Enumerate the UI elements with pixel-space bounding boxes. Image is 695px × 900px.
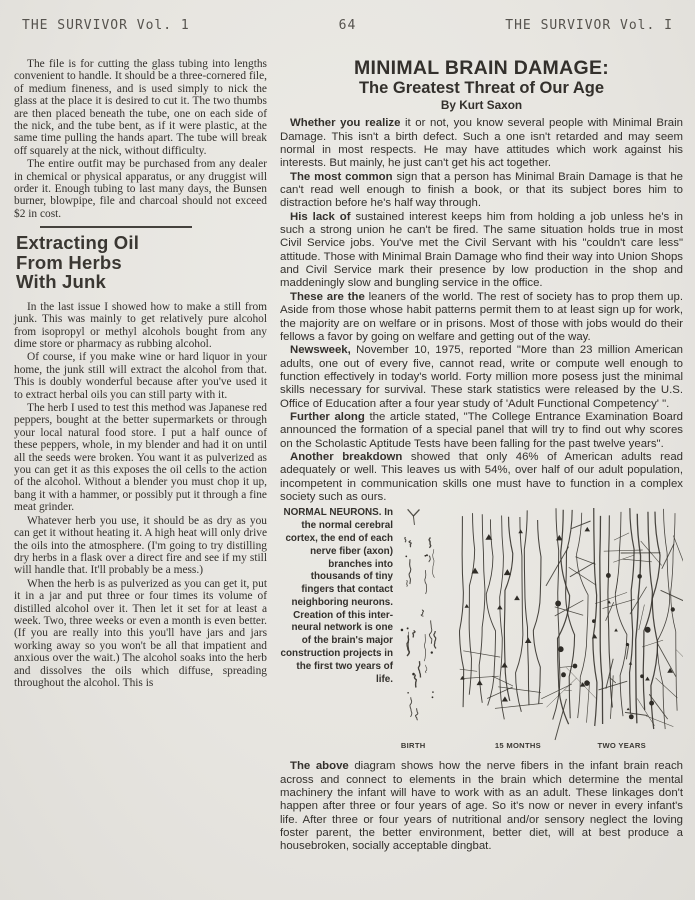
figure-stage-labels: BIRTH15 MONTHSTWO YEARS xyxy=(398,742,683,752)
stage-label: TWO YEARS xyxy=(598,739,647,752)
paragraph-lead: Newsweek, xyxy=(290,344,351,356)
two-column-layout: The file is for cutting the glass tubing… xyxy=(14,58,683,854)
header-right-title: THE SURVIVOR Vol. I xyxy=(505,18,673,33)
section-divider xyxy=(40,226,192,228)
magazine-page: THE SURVIVOR Vol. 1 64 THE SURVIVOR Vol.… xyxy=(0,0,695,900)
paragraph: The entire outfit may be purchased from … xyxy=(14,158,267,220)
page-header: THE SURVIVOR Vol. 1 64 THE SURVIVOR Vol.… xyxy=(14,14,683,33)
paragraph-lead: His lack of xyxy=(290,211,351,223)
right-column: MINIMAL BRAIN DAMAGE: The Greatest Threa… xyxy=(280,58,683,854)
paragraph: These are the leaners of the world. The … xyxy=(280,291,683,344)
paragraph: Further along the article stated, "The C… xyxy=(280,411,683,451)
paragraph: The herb I used to test this method was … xyxy=(14,402,267,514)
paragraph: The file is for cutting the glass tubing… xyxy=(14,58,267,157)
paragraph: When the herb is as pulverized as you ca… xyxy=(14,578,267,690)
page-number: 64 xyxy=(339,18,357,33)
section-title-extracting-oil: Extracting OilFrom HerbsWith Junk xyxy=(16,233,267,292)
paragraph-lead: These are the xyxy=(290,291,365,303)
article-body: Whether you realize it or not, you know … xyxy=(280,117,683,504)
stage-label: BIRTH xyxy=(401,739,426,752)
paragraph-lead: Further along xyxy=(290,411,365,423)
left-column: The file is for cutting the glass tubing… xyxy=(14,58,267,854)
extracting-oil-article: In the last issue I showed how to make a… xyxy=(14,301,267,690)
stage-label: 15 MONTHS xyxy=(495,739,541,752)
byline: By Kurt Saxon xyxy=(280,99,683,112)
glass-tubing-article: The file is for cutting the glass tubing… xyxy=(14,58,267,220)
neuron-figure: NORMAL NEURONS. In the normal cerebral c… xyxy=(280,506,683,756)
figure-side-caption: NORMAL NEURONS. In the normal cerebral c… xyxy=(280,506,398,756)
paragraph-lead: Whether you realize xyxy=(290,117,400,129)
article-title: MINIMAL BRAIN DAMAGE: xyxy=(280,58,683,79)
paragraph: The most common sign that a person has M… xyxy=(280,171,683,211)
paragraph: His lack of sustained interest keeps him… xyxy=(280,211,683,291)
paragraph: The above diagram shows how the nerve fi… xyxy=(280,760,683,853)
article-subtitle: The Greatest Threat of Our Age xyxy=(280,79,683,97)
paragraph: Whatever herb you use, it should be as d… xyxy=(14,515,267,577)
paragraph-lead: The above xyxy=(290,760,349,772)
paragraph-lead: The most common xyxy=(290,171,393,183)
neuron-diagram: BIRTH15 MONTHSTWO YEARS xyxy=(398,506,683,756)
paragraph: Newsweek, November 10, 1975, reported "M… xyxy=(280,344,683,411)
paragraph: In the last issue I showed how to make a… xyxy=(14,301,267,351)
header-left-title: THE SURVIVOR Vol. 1 xyxy=(22,18,190,33)
paragraph: Whether you realize it or not, you know … xyxy=(280,117,683,170)
paragraph-lead: Another breakdown xyxy=(290,451,402,463)
paragraph: Of course, if you make wine or hard liqu… xyxy=(14,351,267,401)
neuron-diagram-art xyxy=(398,506,683,746)
figure-explanation: The above diagram shows how the nerve fi… xyxy=(280,760,683,853)
paragraph: Another breakdown showed that only 46% o… xyxy=(280,451,683,504)
